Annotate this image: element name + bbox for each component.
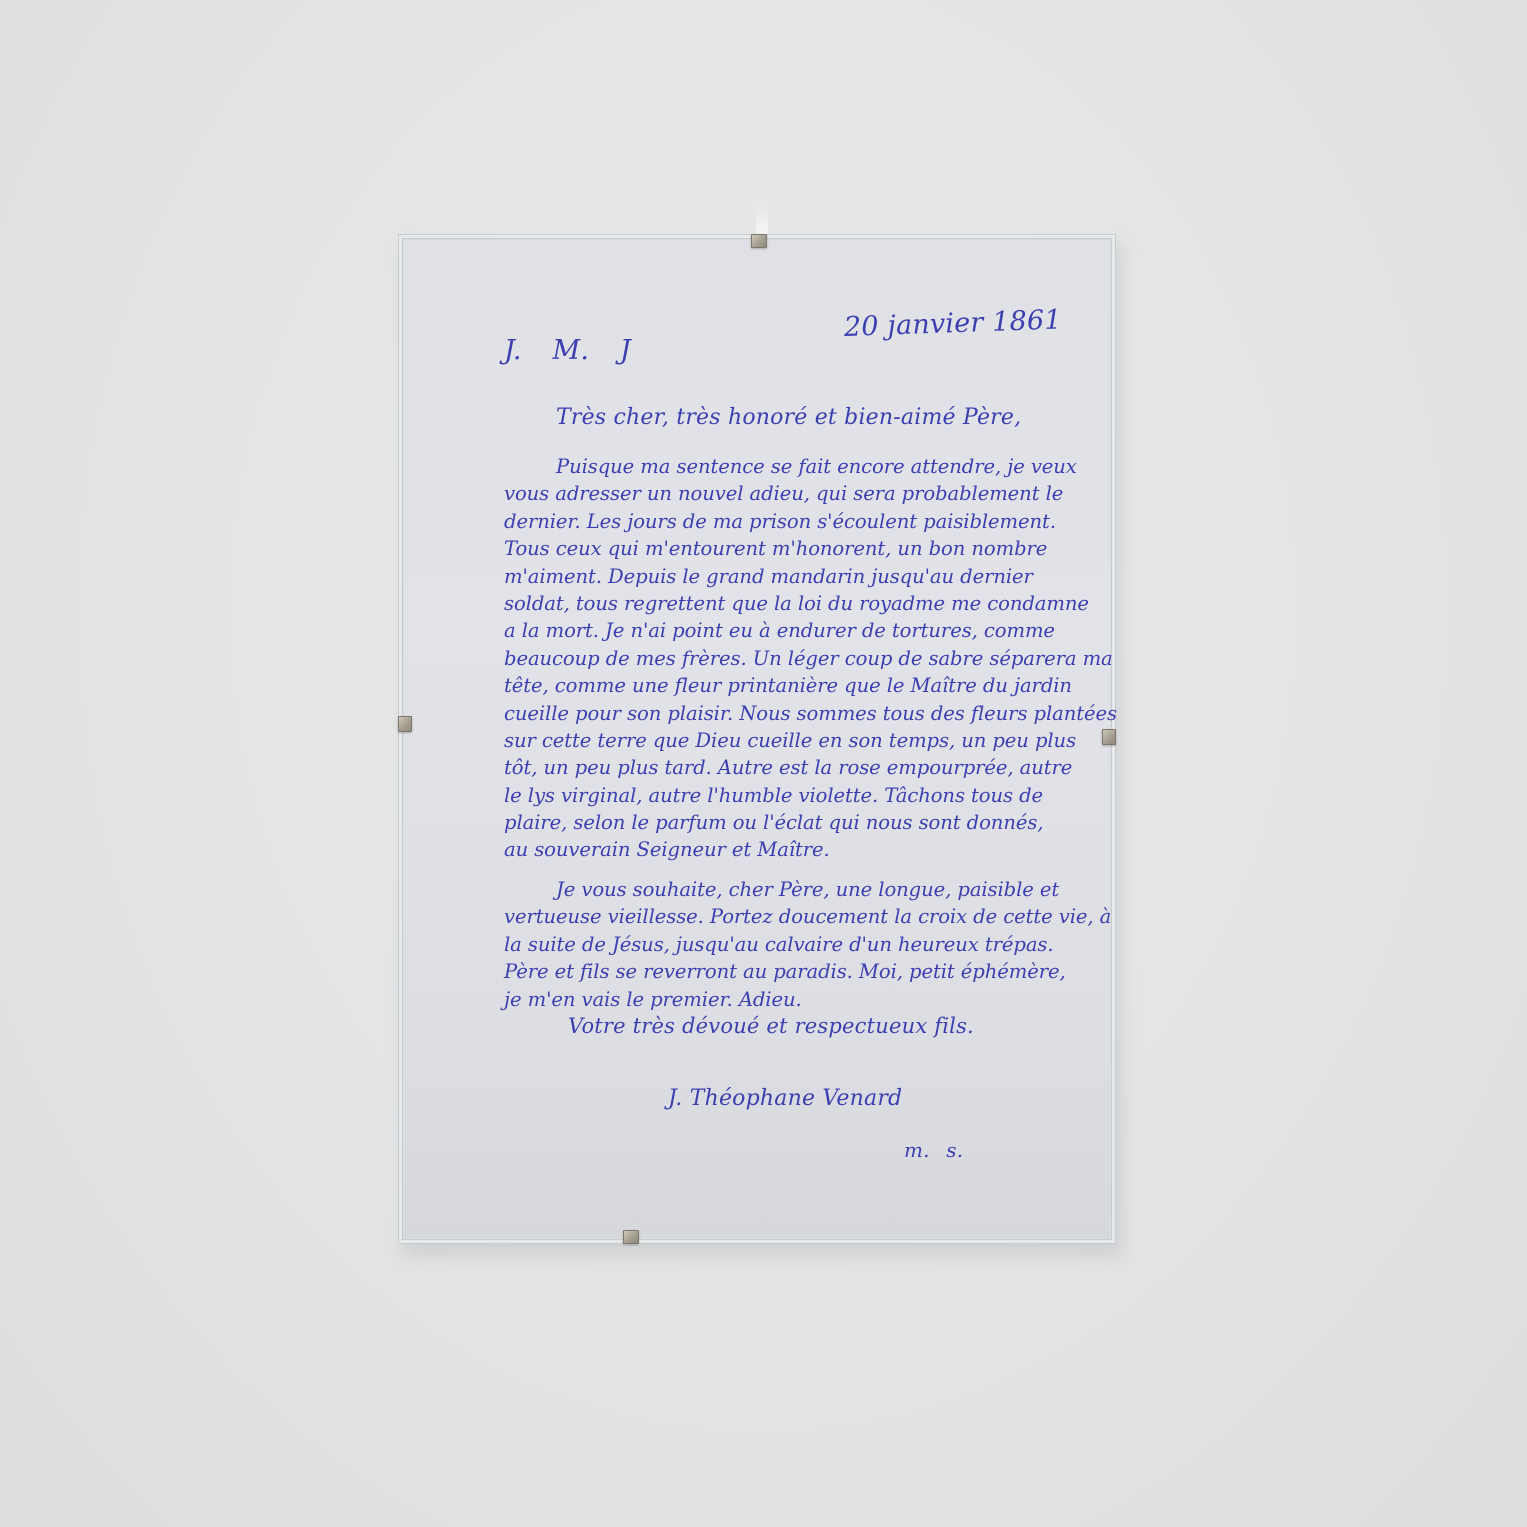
signature: J. Théophane Venard (668, 1086, 902, 1111)
text-line: Puisque ma sentence se fait encore atten… (504, 453, 1064, 480)
text-line: soldat, tous regrettent que la loi du ro… (504, 590, 1064, 617)
text-line: dernier. Les jours de ma prison s'écoule… (504, 508, 1064, 535)
paragraph-2: Je vous souhaite, cher Père, une longue,… (504, 876, 1064, 1013)
monogram: J. M. J (504, 335, 631, 366)
closing-line: Votre très dévoué et respectueux fils. (568, 1014, 974, 1038)
text-line: beaucoup de mes frères. Un léger coup de… (504, 645, 1064, 672)
letter-paper: J. M. J 20 janvier 1861 Très cher, très … (404, 240, 1110, 1238)
paragraph-1: Puisque ma sentence se fait encore atten… (504, 453, 1064, 864)
text-line: cueille pour son plaisir. Nous sommes to… (504, 700, 1064, 727)
text-line: vous adresser un nouvel adieu, qui sera … (504, 480, 1064, 507)
frame-clip-right (1102, 729, 1116, 745)
salutation: Très cher, très honoré et bien-aimé Père… (556, 405, 1021, 430)
text-line: Je vous souhaite, cher Père, une longue,… (504, 876, 1064, 903)
postscript-initials: m. s. (904, 1138, 963, 1162)
text-line: m'aiment. Depuis le grand mandarin jusqu… (504, 563, 1064, 590)
text-line: le lys virginal, autre l'humble violette… (504, 782, 1064, 809)
text-line: au souverain Seigneur et Maître. (504, 836, 1064, 863)
hanging-pin (756, 205, 768, 237)
text-line: plaire, selon le parfum ou l'éclat qui n… (504, 809, 1064, 836)
frame-clip-bottom (623, 1230, 639, 1244)
text-line: je m'en vais le premier. Adieu. (504, 986, 1064, 1013)
glass-clip-frame: J. M. J 20 janvier 1861 Très cher, très … (398, 234, 1116, 1244)
text-line: tôt, un peu plus tard. Autre est la rose… (504, 754, 1064, 781)
text-line: Père et fils se reverront au paradis. Mo… (504, 958, 1064, 985)
text-line: tête, comme une fleur printanière que le… (504, 672, 1064, 699)
text-line: a la mort. Je n'ai point eu à endurer de… (504, 617, 1064, 644)
letter-date: 20 janvier 1861 (843, 304, 1062, 343)
text-line: Tous ceux qui m'entourent m'honorent, un… (504, 535, 1064, 562)
text-line: sur cette terre que Dieu cueille en son … (504, 727, 1064, 754)
text-line: vertueuse vieillesse. Portez doucement l… (504, 903, 1064, 930)
frame-clip-top (751, 234, 767, 248)
text-line: la suite de Jésus, jusqu'au calvaire d'u… (504, 931, 1064, 958)
frame-clip-left (398, 716, 412, 732)
